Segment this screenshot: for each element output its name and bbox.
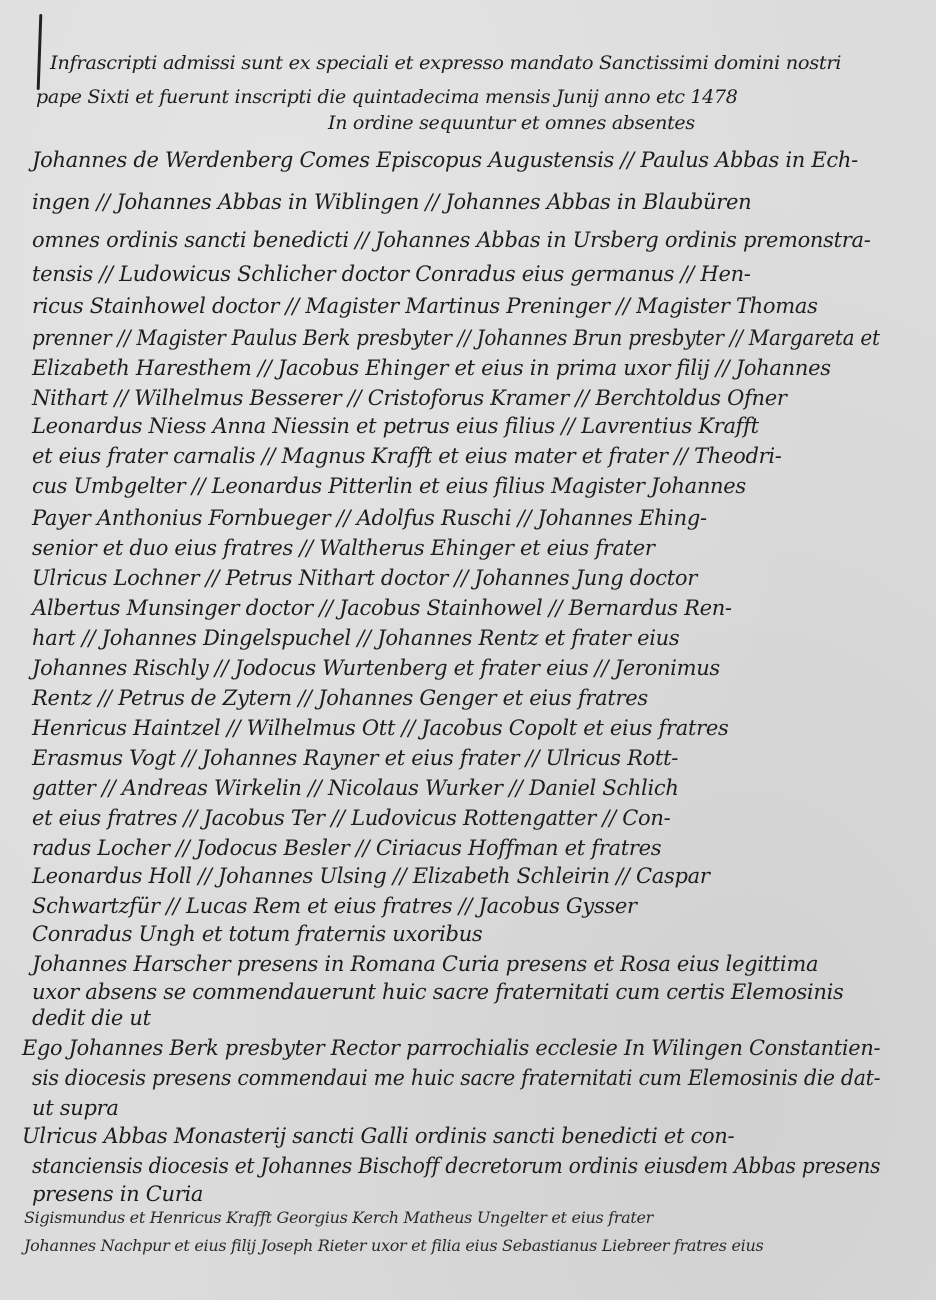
entry-line: omnes ordinis sancti benedicti // Johann… (32, 228, 871, 252)
entry-line: radus Locher // Jodocus Besler // Ciriac… (32, 836, 661, 860)
entry-line: stanciensis diocesis et Johannes Bischof… (32, 1154, 880, 1178)
entry-line: Ulricus Lochner // Petrus Nithart doctor… (32, 566, 697, 590)
entry-line: Ulricus Abbas Monasterij sancti Galli or… (22, 1124, 734, 1148)
footer-line: Johannes Nachpur et eius filij Joseph Ri… (24, 1236, 763, 1255)
entry-line: presens in Curia (32, 1182, 203, 1206)
entry-line: Nithart // Wilhelmus Besserer // Cristof… (32, 386, 787, 410)
header-line: pape Sixti et fuerunt inscripti die quin… (36, 86, 738, 108)
entry-line: Johannes Rischly // Jodocus Wurtenberg e… (32, 656, 720, 680)
entry-line: Rentz // Petrus de Zytern // Johannes Ge… (32, 686, 648, 710)
entry-line: Conradus Ungh et totum fraternis uxoribu… (32, 922, 482, 946)
entry-line: tensis // Ludowicus Schlicher doctor Con… (32, 262, 751, 286)
entry-line: ingen // Johannes Abbas in Wiblingen // … (32, 190, 751, 214)
entry-line: Erasmus Vogt // Johannes Rayner et eius … (32, 746, 678, 770)
entry-line: Elizabeth Haresthem // Jacobus Ehinger e… (32, 356, 831, 380)
entry-line: dedit die ut (32, 1006, 151, 1030)
manuscript-page: Infrascripti admissi sunt ex speciali et… (0, 0, 936, 1300)
entry-line: Ego Johannes Berk presbyter Rector parro… (22, 1036, 880, 1060)
entry-line: et eius fratres // Jacobus Ter // Ludovi… (32, 806, 670, 830)
entry-line: Payer Anthonius Fornbueger // Adolfus Ru… (32, 506, 707, 530)
entry-line: prenner // Magister Paulus Berk presbyte… (32, 326, 880, 350)
entry-line: Schwartzfür // Lucas Rem et eius fratres… (32, 894, 637, 918)
entry-line: ut supra (32, 1096, 119, 1120)
entry-line: Henricus Haintzel // Wilhelmus Ott // Ja… (32, 716, 728, 740)
entry-line: senior et duo eius fratres // Waltherus … (32, 536, 655, 560)
entry-line: Leonardus Niess Anna Niessin et petrus e… (32, 414, 759, 438)
entry-line: uxor absens se commendauerunt huic sacre… (32, 980, 843, 1004)
header-line: In ordine sequuntur et omnes absentes (328, 112, 695, 134)
decorated-initial-stroke (37, 14, 43, 90)
header-line: Infrascripti admissi sunt ex speciali et… (50, 52, 841, 74)
entry-line: et eius frater carnalis // Magnus Krafft… (32, 444, 782, 468)
entry-line: Albertus Munsinger doctor // Jacobus Sta… (32, 596, 732, 620)
entry-line: Johannes de Werdenberg Comes Episcopus A… (32, 148, 858, 172)
entry-line: sis diocesis presens commendaui me huic … (32, 1066, 880, 1090)
entry-line: Johannes Harscher presens in Romana Curi… (32, 952, 818, 976)
entry-line: Leonardus Holl // Johannes Ulsing // Eli… (32, 864, 710, 888)
footer-line: Sigismundus et Henricus Krafft Georgius … (24, 1208, 653, 1227)
entry-line: ricus Stainhowel doctor // Magister Mart… (32, 294, 818, 318)
entry-line: cus Umbgelter // Leonardus Pitterlin et … (32, 474, 746, 498)
entry-line: gatter // Andreas Wirkelin // Nicolaus W… (32, 776, 679, 800)
entry-line: hart // Johannes Dingelspuchel // Johann… (32, 626, 679, 650)
